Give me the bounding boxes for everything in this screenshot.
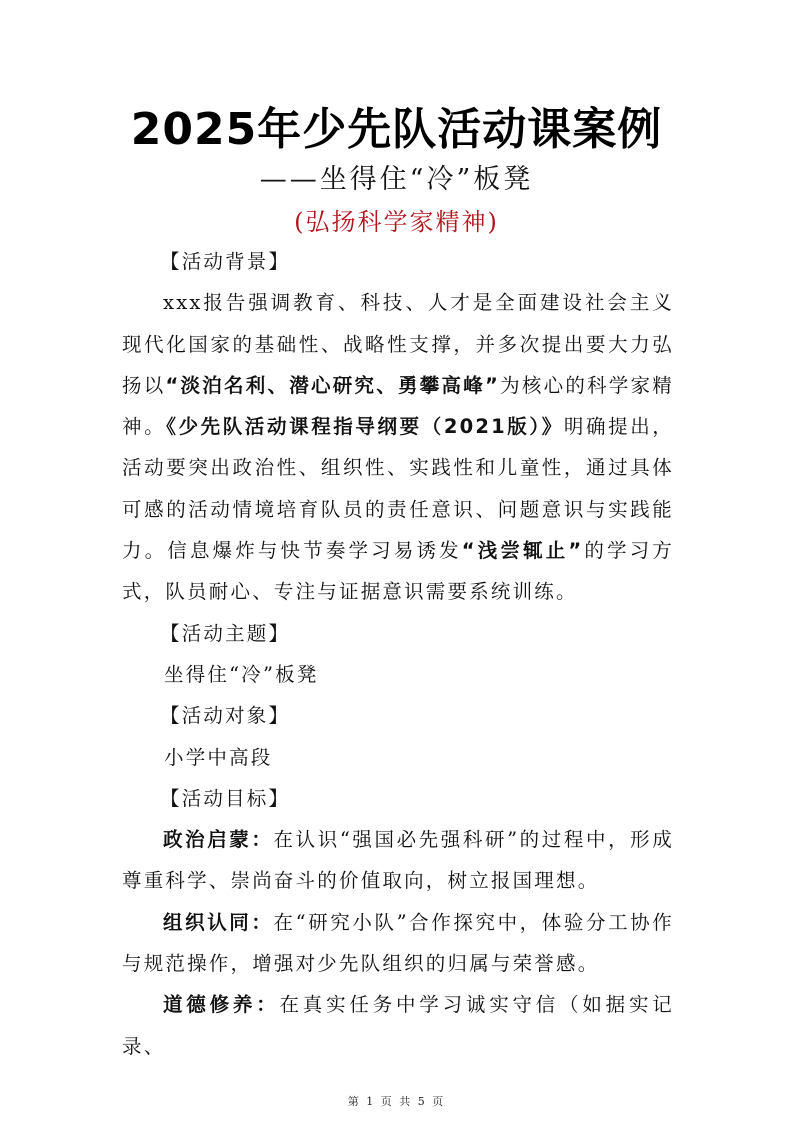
page-subtitle: ——坐得住“冷”板凳	[0, 160, 793, 200]
audience-text: 小学中高段	[122, 737, 674, 778]
background-paragraph: xxx报告强调教育、科技、人才是全面建设社会主义现代化国家的基础性、战略性支撑，…	[122, 282, 674, 612]
goal-label: 组织认同：	[163, 911, 274, 934]
document-body: 【活动背景】 xxx报告强调教育、科技、人才是全面建设社会主义现代化国家的基础性…	[122, 241, 674, 1067]
document-page: 2025年少先队活动课案例 ——坐得住“冷”板凳 (弘扬科学家精神) 【活动背景…	[0, 0, 793, 1122]
goal-item: 政治启蒙：在认识“强国必先强科研”的过程中，形成尊重科学、崇尚奋斗的价值取向，树…	[122, 819, 674, 902]
section-heading-background: 【活动背景】	[122, 241, 674, 282]
section-heading-audience: 【活动对象】	[122, 695, 674, 736]
background-bold-2: 《少先队活动课程指导纲要（2021版）》	[166, 415, 564, 438]
page-subtitle-red: (弘扬科学家精神)	[0, 203, 793, 241]
background-bold-1: “淡泊名利、潜心研究、勇攀高峰”	[166, 374, 501, 397]
page-title: 2025年少先队活动课案例	[0, 100, 793, 160]
section-heading-theme: 【活动主题】	[122, 613, 674, 654]
goal-item: 组织认同：在“研究小队”合作探究中，体验分工协作与规范操作，增强对少先队组织的归…	[122, 902, 674, 985]
section-heading-goals: 【活动目标】	[122, 778, 674, 819]
goal-label: 道德修养：	[163, 993, 280, 1016]
background-bold-3: “浅尝辄止”	[462, 539, 584, 562]
page-number-footer: 第 1 页 共 5 页	[0, 1093, 793, 1109]
goal-item: 道德修养：在真实任务中学习诚实守信（如据实记录、	[122, 984, 674, 1067]
goal-label: 政治启蒙：	[163, 828, 274, 851]
theme-text: 坐得住“冷”板凳	[122, 654, 674, 695]
